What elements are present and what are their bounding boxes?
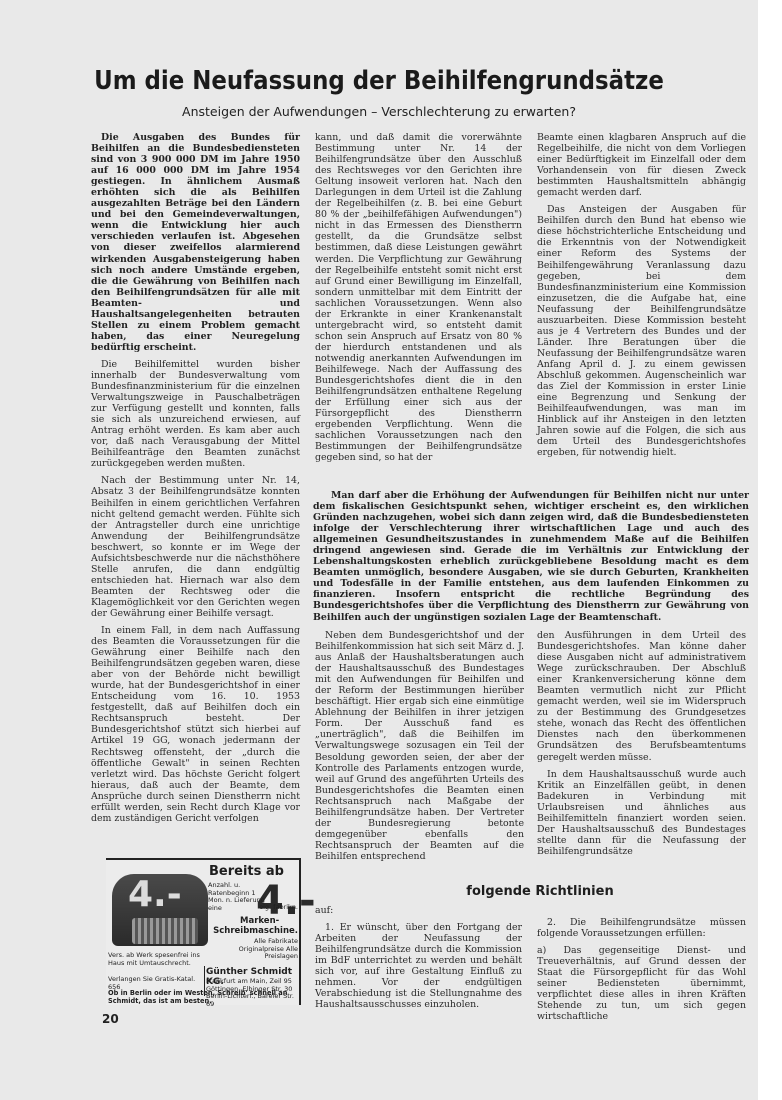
column-3: Beamte einen klagbaren Anspruch auf die … (537, 132, 746, 464)
paragraph: 1. Er wünscht, über den Fortgang der Arb… (315, 922, 522, 1010)
paragraph: den Ausführungen in dem Urteil des Bunde… (537, 630, 746, 763)
paragraph: auf: (315, 905, 522, 916)
scan-margin (758, 0, 782, 1100)
column-6: auf: 1. Er wünscht, über den Fortgang de… (315, 905, 522, 1016)
page-number: 20 (102, 1012, 119, 1026)
paragraph: Nach der Bestimmung unter Nr. 14, Absatz… (91, 475, 300, 619)
typewriter-advertisement: 4.- Bereits ab 4.- Anzahl. u. Ratenbegin… (106, 858, 301, 1005)
ad-brand: Marken- (240, 916, 279, 926)
ad-brand-2: Schreibmaschine. (210, 926, 298, 936)
paragraph: Neben dem Bundesgerichtshof und der Beih… (315, 630, 524, 862)
paragraph: 2. Die Beihilfengrundsätze müssen folgen… (537, 917, 746, 939)
ad-slogan: Ob in Berlin oder im Westen, Schreib' sc… (108, 990, 298, 1005)
column-1: Die Ausgaben des Bundes für Beihilfen an… (91, 132, 300, 830)
highlight-text: Man darf aber die Erhöhung der Aufwendun… (313, 490, 749, 623)
ad-headline: Bereits ab (209, 864, 284, 879)
ad-shipping: Vers. ab Werk spesenfrei ins Haus mit Um… (108, 952, 204, 967)
ad-features: Alle Fabrikate Originalpreise Alle Preis… (226, 938, 298, 961)
paragraph: Die Beihilfemittel wurden bisher innerha… (91, 359, 300, 469)
newspaper-page: Um die Neufassung der Beihilfengrundsätz… (0, 0, 758, 1100)
paragraph: kann, und daß damit die vorerwähnte Best… (315, 132, 522, 463)
column-4: Neben dem Bundesgerichtshof und der Beih… (315, 630, 524, 868)
column-7: 2. Die Beihilfengrundsätze müssen folgen… (537, 917, 746, 1028)
paragraph: In einem Fall, in dem nach Auffassung de… (91, 625, 300, 824)
article-subtitle: Ansteigen der Aufwendungen – Verschlecht… (0, 104, 758, 119)
lead-paragraph: Die Ausgaben des Bundes für Beihilfen an… (91, 132, 300, 353)
paragraph: Das Ansteigen der Ausgaben für Beihilfen… (537, 204, 746, 458)
paragraph: Beamte einen klagbaren Anspruch auf die … (537, 132, 746, 198)
highlight-box: Man darf aber die Erhöhung der Aufwendun… (313, 490, 749, 623)
column-2: kann, und daß damit die vorerwähnte Best… (315, 132, 522, 469)
paragraph: In dem Haushaltsausschuß wurde auch Krit… (537, 769, 746, 857)
ad-terms-2: eig. fabrikn. (210, 904, 298, 912)
subheading: folgende Richtlinien (305, 884, 775, 899)
column-5: den Ausführungen in dem Urteil des Bunde… (537, 630, 746, 863)
ad-price-left: 4.- (128, 874, 182, 915)
paragraph: a) Das gegenseitige Dienst- und Treuever… (537, 945, 746, 1022)
article-title: Um die Neufassung der Beihilfengrundsätz… (45, 66, 712, 96)
